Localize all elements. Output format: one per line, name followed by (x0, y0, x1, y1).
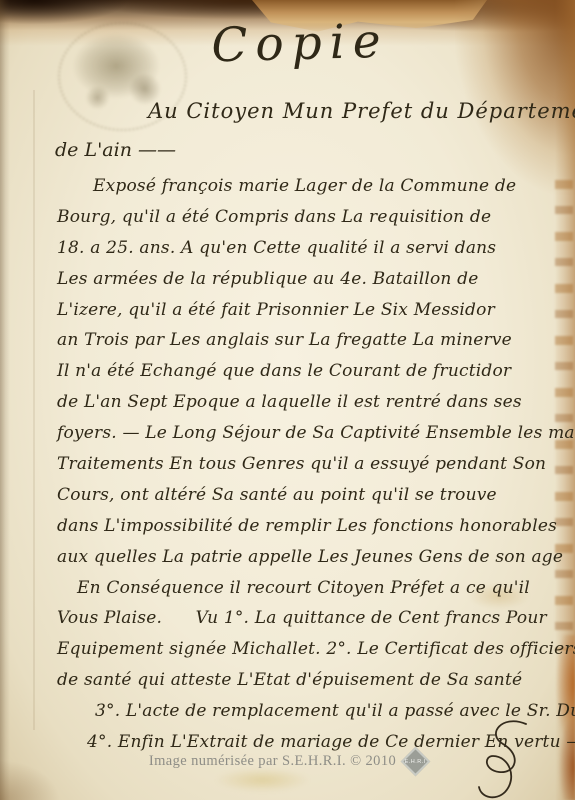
body-line: Exposé françois marie Lager de la Commun… (57, 176, 565, 207)
body-line: Vous Plaise. Vu 1°. La quittance de Cent… (57, 608, 565, 639)
body-line: Traitements En tous Genres qu'il a essuy… (57, 454, 565, 485)
body-line: an Trois par Les anglais sur La fregatte… (57, 330, 565, 361)
sehri-logo-letters: E.H.R.I (405, 759, 426, 765)
salutation-line-1: Au Citoyen Mun Prefet du Département (148, 99, 575, 123)
body-line: Cours, ont altéré Sa santé au point qu'i… (57, 485, 565, 516)
body-line: 3°. L'acte de remplacement qu'il a passé… (57, 701, 565, 732)
body-line: En Conséquence il recourt Citoyen Préfet… (57, 578, 565, 609)
document-title: Copie (139, 12, 460, 75)
salutation-line-2: de L'ain —— (55, 139, 176, 161)
vertical-crease (33, 90, 35, 730)
digitisation-watermark: Image numérisée par S.E.H.R.I. © 2010 E.… (0, 751, 575, 772)
body-line: aux quelles La patrie appelle Les Jeunes… (57, 547, 565, 578)
body-line: de santé qui atteste L'Etat d'épuisement… (57, 670, 565, 701)
letter-body: Exposé françois marie Lager de la Commun… (57, 176, 565, 763)
body-line: Equipement signée Michallet. 2°. Le Cert… (57, 639, 565, 670)
body-line: Il n'a été Echangé que dans le Courant d… (57, 361, 565, 392)
body-line: 18. a 25. ans. A qu'en Cette qualité il … (57, 238, 565, 269)
burnt-top-right-corner (455, 0, 575, 195)
scanned-manuscript-page: Copie Au Citoyen Mun Prefet du Départeme… (0, 0, 575, 800)
watermark-text: Image numérisée par S.E.H.R.I. © 2010 (149, 753, 396, 770)
body-line: dans L'impossibilité de remplir Les fonc… (57, 516, 565, 547)
body-line: Les armées de la république au 4e. Batai… (57, 269, 565, 300)
body-line: L'izere, qu'il a été fait Prisonnier Le … (57, 300, 565, 331)
body-line: foyers. — Le Long Séjour de Sa Captivité… (57, 423, 565, 454)
body-line: de L'an Sept Epoque a laquelle il est re… (57, 392, 565, 423)
body-line: Bourg, qu'il a été Compris dans La requi… (57, 207, 565, 238)
sehri-logo-icon: E.H.R.I (401, 747, 431, 777)
worn-left-edge (0, 0, 10, 800)
